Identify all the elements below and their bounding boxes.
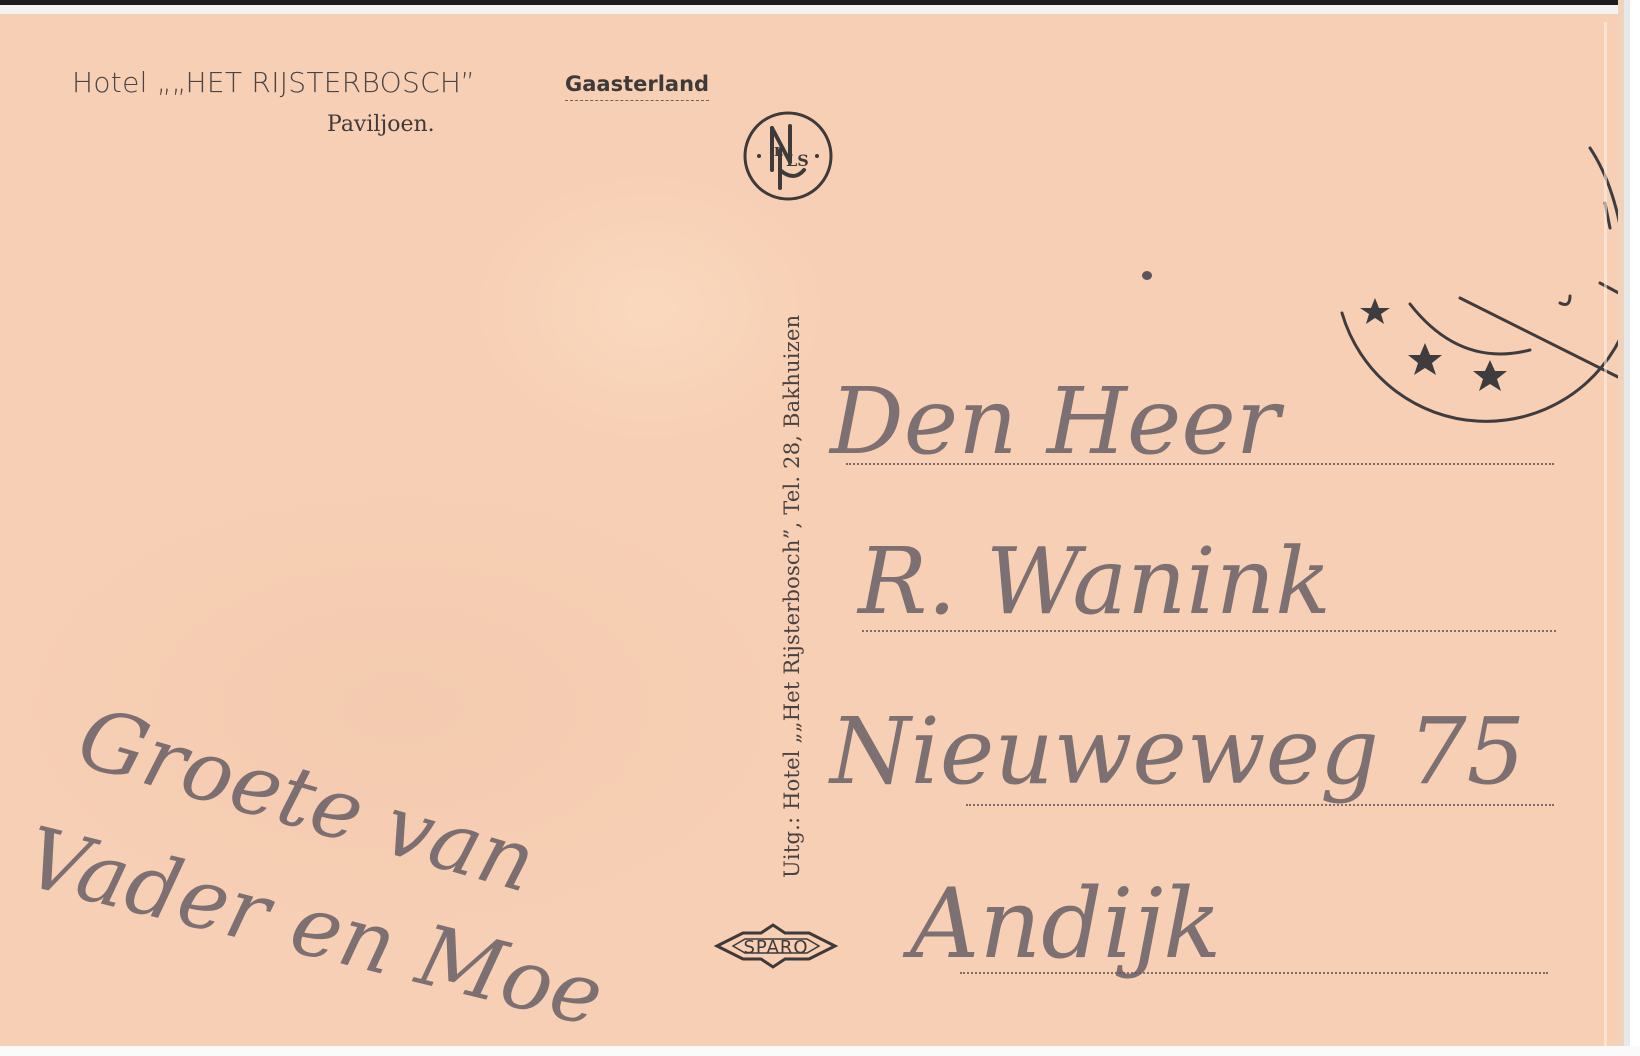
svg-text:SPARO: SPARO xyxy=(743,937,808,958)
postcard: Hotel „„HET RIJSTERBOSCH” Gaasterland Pa… xyxy=(0,8,1618,1050)
ink-spot xyxy=(1142,271,1152,280)
nels-monogram-logo-icon: LS E xyxy=(742,110,834,202)
svg-text:E: E xyxy=(774,145,783,159)
hotel-title: Hotel „„HET RIJSTERBOSCH” xyxy=(72,66,475,99)
svg-text:LS: LS xyxy=(786,151,809,170)
subtitle: Paviljoen. xyxy=(327,112,435,137)
scan-background-bottom xyxy=(0,1046,1640,1056)
card-edge xyxy=(1604,22,1607,1052)
address-line-name: R. Wanink xyxy=(858,528,1331,635)
scan-background-top xyxy=(0,0,1640,14)
scan-background-right xyxy=(1618,0,1640,1056)
sparo-logo-icon: SPARO xyxy=(713,923,839,969)
publisher-line: Uitg.: Hotel „„Het Rijsterbosch”, Tel. 2… xyxy=(780,315,804,878)
address-line-street: Nieuweweg 75 xyxy=(830,698,1525,805)
circular-postmark-icon xyxy=(1330,128,1630,428)
region-label: Gaasterland xyxy=(565,72,709,101)
address-line-town: Andijk xyxy=(910,868,1221,980)
address-line-den-heer: Den Heer xyxy=(830,368,1280,475)
